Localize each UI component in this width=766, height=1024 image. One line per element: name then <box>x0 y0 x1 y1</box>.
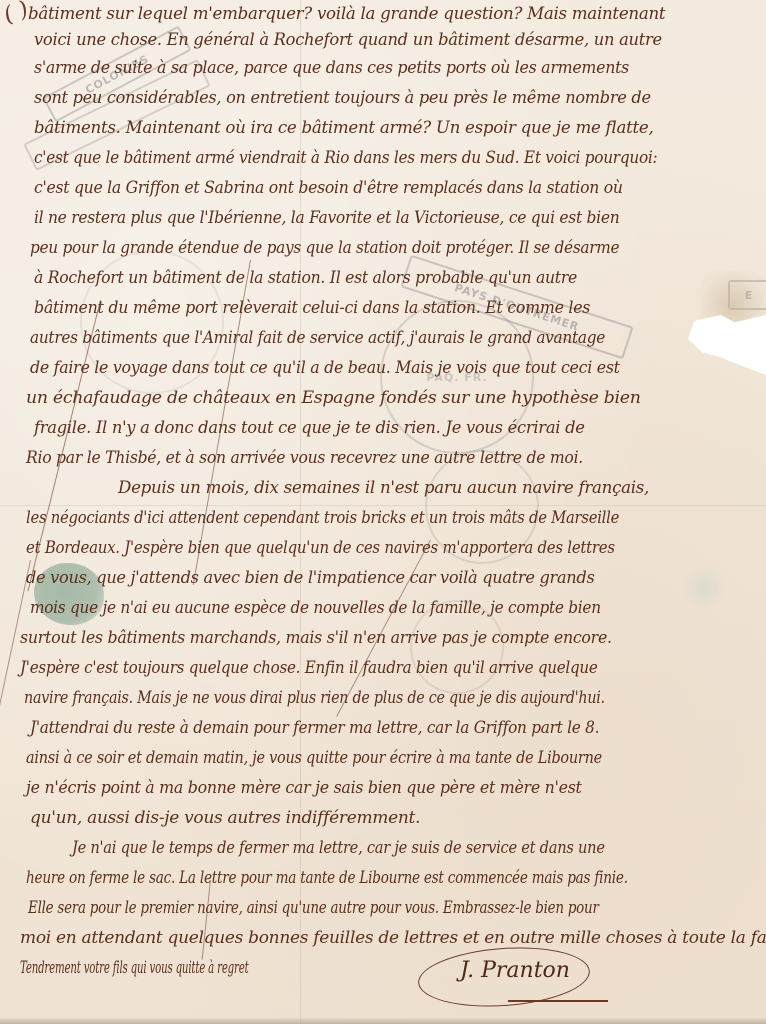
letter-line: navire français. Mais je ne vous dirai p… <box>24 688 605 708</box>
torn-corner <box>688 315 766 375</box>
letter-line: surtout les bâtiments marchands, mais s'… <box>20 628 612 648</box>
letter-line: et Bordeaux. J'espère bien que quelqu'un… <box>26 538 615 558</box>
letter-line: s'arme de suite à sa place, parce que da… <box>34 58 629 78</box>
letter-line: c'est que le bâtiment armé viendrait à R… <box>34 148 657 168</box>
letter-line: heure on ferme le sac. La lettre pour ma… <box>26 868 628 888</box>
letter-page: ( ) COLONIES PAQ. FR. PAYS D'OUTREMER E … <box>0 0 766 1024</box>
letter-line: à Rochefort un bâtiment de la station. I… <box>34 268 577 288</box>
letter-line: c'est que la Griffon et Sabrina ont beso… <box>34 178 623 198</box>
letter-line: je n'écris point à ma bonne mère car je … <box>26 778 582 798</box>
letter-line: moi en attendant quelques bonnes feuille… <box>20 928 766 948</box>
letter-line-closing: Tendrement votre fils qui vous quitte à … <box>20 958 248 978</box>
letter-line: bâtiments. Maintenant où ira ce bâtiment… <box>34 118 653 138</box>
letter-line: il ne restera plus que l'Ibérienne, la F… <box>34 208 619 228</box>
letter-line: qu'un, aussi dis-je vous autres indiffér… <box>30 808 420 828</box>
letter-line: Je n'ai que le temps de fermer ma lettre… <box>72 838 605 858</box>
letter-line: de vous, que j'attends avec bien de l'im… <box>26 568 594 588</box>
letter-line: bâtiment du même port relèverait celui-c… <box>34 298 590 318</box>
letter-line: un échafaudage de châteaux en Espagne fo… <box>26 388 641 408</box>
letter-line: ainsi à ce soir et demain matin, je vous… <box>26 748 602 768</box>
letter-line: de faire le voyage dans tout ce qu'il a … <box>30 358 620 378</box>
paper-bottom-edge <box>0 1018 766 1024</box>
fold-line-horizontal <box>0 505 766 506</box>
signature-underline <box>508 1000 608 1002</box>
letter-line: sont peu considérables, on entretient to… <box>34 88 651 108</box>
letter-line: Elle sera pour le premier navire, ainsi … <box>28 898 599 918</box>
letter-line: voici une chose. En général à Rochefort … <box>34 30 662 50</box>
letter-line: les négociants d'ici attendent cependant… <box>26 508 619 528</box>
signature: J. Pranton <box>418 948 618 1018</box>
letter-line: bâtiment sur lequel m'embarquer? voilà l… <box>28 4 665 24</box>
letter-line: peu pour la grande étendue de pays que l… <box>30 238 619 258</box>
letter-line: Depuis un mois, dix semaines il n'est pa… <box>118 478 649 498</box>
signature-name: J. Pranton <box>460 958 570 983</box>
letter-line: Rio par le Thisbé, et à son arrivée vous… <box>26 448 583 468</box>
letter-line: autres bâtiments que l'Amiral fait de se… <box>30 328 605 348</box>
letter-line: J'espère c'est toujours quelque chose. E… <box>20 658 598 678</box>
wax-seal-faint <box>680 568 728 608</box>
letter-line: J'attendrai du reste à demain pour ferme… <box>30 718 599 738</box>
letter-line: mois que je n'ai eu aucune espèce de nou… <box>30 598 601 618</box>
letter-line: fragile. Il n'y a donc dans tout ce que … <box>34 418 585 438</box>
